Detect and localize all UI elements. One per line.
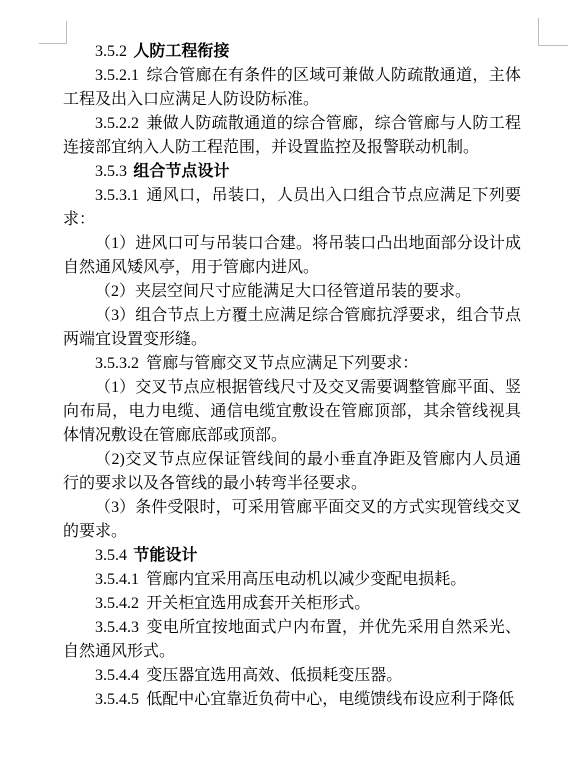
paragraph-text: （2）夹层空间尺寸应能满足大口径管道吊装的要求。 [95,283,471,300]
paragraph-text: （3）组合节点上方覆土应满足综合管廊抗浮要求，组合节点两端宜设置变形缝。 [63,307,521,348]
body-paragraph: （3）条件受限时，可采用管廊平面交叉的方式实现管线交叉的要求。 [63,496,521,544]
text-boundary-mark-top-right-icon [538,18,568,46]
section-heading: 3.5.4节能设计 [63,544,521,568]
section-heading: 3.5.3组合节点设计 [63,160,521,184]
section-number: 3.5.4.3 [95,619,139,636]
section-number: 3.5.3 [95,163,127,180]
section-title: 组合节点设计 [133,163,229,180]
paragraph-text: （3）条件受限时，可采用管廊平面交叉的方式实现管线交叉的要求。 [63,499,521,540]
body-paragraph: （2）夹层空间尺寸应能满足大口径管道吊装的要求。 [63,280,521,304]
section-number: 3.5.3.1 [95,187,139,204]
body-paragraph: （3）组合节点上方覆土应满足综合管廊抗浮要求，组合节点两端宜设置变形缝。 [63,304,521,352]
paragraph-text: 管廊与管廊交叉节点应满足下列要求： [146,355,418,372]
body-paragraph: 3.5.4.4变压器宜选用高效、低损耗变压器。 [63,664,521,688]
section-number: 3.5.2 [95,43,127,60]
body-paragraph: 3.5.3.1通风口，吊装口，人员出入口组合节点应满足下列要求： [63,184,521,232]
body-paragraph: 3.5.2.2兼做人防疏散通道的综合管廊，综合管廊与人防工程连接部宜纳入人防工程… [63,112,521,160]
section-title: 节能设计 [133,547,197,564]
document-body: 3.5.2人防工程衔接3.5.2.1综合管廊在有条件的区域可兼做人防疏散通道，主… [63,40,521,712]
section-number: 3.5.2.1 [95,67,139,84]
body-paragraph: 3.5.3.2管廊与管廊交叉节点应满足下列要求： [63,352,521,376]
paragraph-text: （1）进风口可与吊装口合建。将吊装口凸出地面部分设计成自然通风矮风亭，用于管廊内… [63,235,521,276]
paragraph-text: 管廊内宜采用高压电动机以减少变配电损耗。 [146,571,466,588]
section-number: 3.5.4.4 [95,667,139,684]
section-number: 3.5.4 [95,547,127,564]
body-paragraph: （2)交叉节点应保证管线间的最小垂直净距及管廊内人员通行的要求以及各管线的最小转… [63,448,521,496]
body-paragraph: 3.5.4.3变电所宜按地面式户内布置，并优先采用自然采光、自然通风形式。 [63,616,521,664]
body-paragraph: 3.5.4.2开关柜宜选用成套开关柜形式。 [63,592,521,616]
body-paragraph: 3.5.2.1综合管廊在有条件的区域可兼做人防疏散通道，主体工程及出入口应满足人… [63,64,521,112]
paragraph-text: （1）交叉节点应根据管线尺寸及交叉需要调整管廊平面、竖向布局，电力电缆、通信电缆… [63,379,521,444]
paragraph-text: 低配中心宜靠近负荷中心，电缆馈线布设应利于降低 [146,691,514,708]
section-number: 3.5.4.5 [95,691,139,708]
section-title: 人防工程衔接 [133,43,229,60]
paragraph-text: 开关柜宜选用成套开关柜形式。 [146,595,370,612]
section-heading: 3.5.2人防工程衔接 [63,40,521,64]
section-number: 3.5.3.2 [95,355,139,372]
document-page: 3.5.2人防工程衔接3.5.2.1综合管廊在有条件的区域可兼做人防疏散通道，主… [0,0,581,773]
section-number: 3.5.4.2 [95,595,139,612]
paragraph-text: 变压器宜选用高效、低损耗变压器。 [146,667,402,684]
section-number: 3.5.4.1 [95,571,139,588]
body-paragraph: （1）交叉节点应根据管线尺寸及交叉需要调整管廊平面、竖向布局，电力电缆、通信电缆… [63,376,521,448]
paragraph-text: （2)交叉节点应保证管线间的最小垂直净距及管廊内人员通行的要求以及各管线的最小转… [63,451,521,492]
section-number: 3.5.2.2 [95,115,139,132]
body-paragraph: 3.5.4.5低配中心宜靠近负荷中心，电缆馈线布设应利于降低 [63,688,521,712]
body-paragraph: 3.5.4.1管廊内宜采用高压电动机以减少变配电损耗。 [63,568,521,592]
body-paragraph: （1）进风口可与吊装口合建。将吊装口凸出地面部分设计成自然通风矮风亭，用于管廊内… [63,232,521,280]
